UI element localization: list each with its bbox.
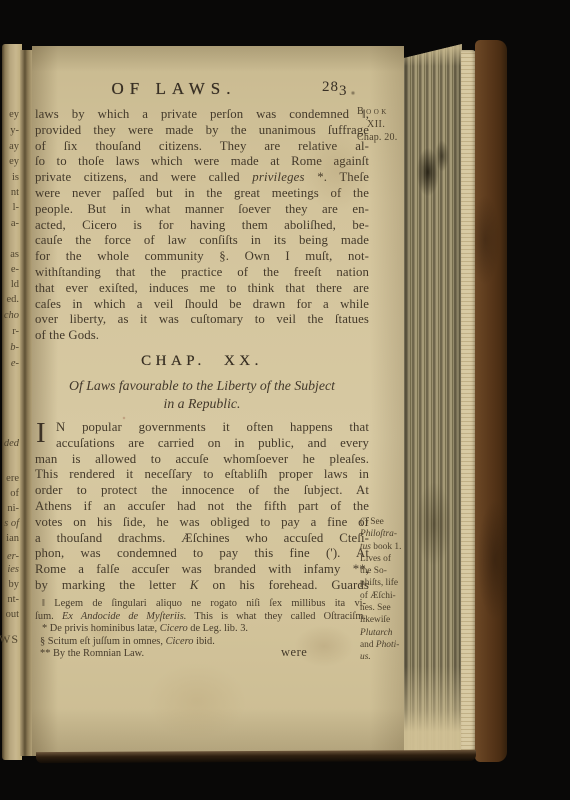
facing-page-text-fragment: is: [12, 171, 19, 184]
facing-page-text-fragment: ed.: [6, 293, 19, 306]
footnotes: ‖ Legem de ſingulari aliquo ne rogato ni…: [35, 598, 366, 661]
body-text-line: a thouſand drachms. Æſchines who accuſed…: [35, 531, 369, 547]
body-text-line: order to protect the innocence of the ſu…: [35, 483, 369, 499]
book-fore-edge: [404, 44, 462, 758]
body-text-line: acted, Cicero is for having them aboliſh…: [35, 218, 369, 234]
facing-page-text-fragment: nt: [11, 186, 19, 199]
book-page: OF LAWS. 283 Book XII. Chap. 20. laws by…: [32, 46, 404, 756]
running-head: OF LAWS.: [94, 79, 254, 99]
facing-page-text-fragment: r-: [12, 325, 19, 338]
facing-page-text-fragment: e-: [11, 263, 19, 276]
footnote-line: * De privis hominibus latæ, Cicero de Le…: [35, 623, 366, 636]
body-text-line: people. But in what manner ſoever they a…: [35, 202, 369, 218]
facing-page-text-fragment: y-: [10, 124, 19, 137]
body-text-line: cauſe the force of law conſiſts in its b…: [35, 233, 369, 249]
facing-page-text-fragment: ey: [9, 108, 19, 121]
page-number-main: 28: [322, 79, 339, 95]
body-text-line: ſo to thoſe laws which were made at Rome…: [35, 154, 369, 170]
paragraph-2: I N popular governments it often happens…: [35, 420, 369, 594]
body-text-line: of the Gods.: [35, 328, 369, 344]
facing-page-text-fragment: WS: [0, 633, 19, 646]
footnote-line: ** By the Romnian Law.: [35, 648, 366, 661]
footnote-line: ſum. Ex Andocide de Myſteriis. This is w…: [35, 611, 366, 624]
page-number-dropped-digit: 3: [339, 83, 348, 100]
chapter-subtitle-line: Of Laws favourable to the Liberty of the…: [35, 377, 369, 395]
body-text-line: caſes in which a veil ſhould be drawn fo…: [35, 297, 369, 313]
photo-background: eyy-ayeyisntl-a-ase-lded.chor-b-e-dedere…: [0, 0, 570, 800]
body-text-line: laws by which a private perſon was conde…: [35, 107, 369, 123]
body-text-line: withſtanding that the practice of the fr…: [35, 265, 369, 281]
facing-page-text-fragment: out: [6, 608, 19, 621]
facing-page-text-fragment: a-: [11, 217, 19, 230]
footnote-line: § Scitum eſt juſſum in omnes, Cicero ibi…: [35, 636, 366, 649]
facing-page-text-fragment: as: [10, 248, 19, 261]
leather-cover: [475, 40, 507, 762]
facing-page-text-fragment: s of: [4, 517, 19, 530]
facing-page-text-fragment: nt-: [7, 593, 19, 606]
body-text-line: private citizens, and were called privil…: [35, 170, 369, 186]
body-text-line: of ſix thouſand citizens. They are relat…: [35, 139, 369, 155]
page-number: 283: [322, 79, 348, 96]
book-bottom-edge: [36, 750, 476, 763]
facing-page-text-fragment: ere: [6, 472, 19, 485]
facing-page-text-fragment: b-: [10, 341, 19, 354]
body-text-line: were never paſſed but in the great meeti…: [35, 186, 369, 202]
facing-page-text-fragment: ian: [6, 532, 19, 545]
body-text-line: Rome a falſe accuſer was branded with in…: [35, 562, 369, 578]
facing-page-text-fragment: cho: [4, 309, 19, 322]
body-text-line: that ever exiſted, induces me to think t…: [35, 281, 369, 297]
body-text-line: by marking the letter K on his forehead.…: [35, 578, 369, 594]
catchword: were: [281, 645, 307, 660]
paragraph-1: laws by which a private perſon was conde…: [35, 107, 369, 344]
drop-cap-initial: I: [36, 418, 46, 448]
body-text-line: accuſations are carried on in public, an…: [35, 436, 369, 452]
facing-page-text-fragment: er-: [7, 550, 19, 563]
facing-page-text-fragment: e-: [11, 357, 19, 370]
chapter-subtitle-line: in a Republic.: [35, 395, 369, 413]
facing-page-text-fragment: by: [9, 578, 20, 591]
body-text-line: N popular governments it often happens t…: [35, 420, 369, 436]
body-text-line: man is allowed to accuſe whomſoever he p…: [35, 452, 369, 468]
body-text-line: for the whole community §. Own I muſt, n…: [35, 249, 369, 265]
chapter-heading: CHAP. XX.: [35, 353, 369, 370]
body-text-line: This rendered it neceſſary to eſtabliſh …: [35, 467, 369, 483]
facing-page-text-fragment: ay: [9, 140, 19, 153]
chapter-subtitle: Of Laws favourable to the Liberty of the…: [35, 377, 369, 412]
body-text-line: votes on his ſide, he was obliged to pay…: [35, 515, 369, 531]
footnote-line: ‖ Legem de ſingulari aliquo ne rogato ni…: [35, 598, 366, 611]
body-text-line: provided they were made by the unanimous…: [35, 123, 369, 139]
facing-page-text-fragment: of: [10, 487, 19, 500]
facing-page-text-fragment: ies: [7, 563, 19, 576]
facing-page-text-fragment: l-: [13, 201, 19, 214]
body-text-line: phon, was condemned to pay this fine (')…: [35, 546, 369, 562]
facing-page-edge: eyy-ayeyisntl-a-ase-lded.chor-b-e-dedere…: [2, 44, 22, 760]
facing-page-text-fragment: ey: [9, 155, 19, 168]
facing-page-text-fragment: ni-: [7, 502, 19, 515]
body-text-line: over liberty, as it was cuſtomary to vei…: [35, 312, 369, 328]
page-block-edge: [461, 50, 476, 752]
facing-page-text-fragment: ded: [4, 437, 19, 450]
body-text-line: Athens if an accuſer had not the fifth p…: [35, 499, 369, 515]
facing-page-text-fragment: ld: [11, 278, 19, 291]
